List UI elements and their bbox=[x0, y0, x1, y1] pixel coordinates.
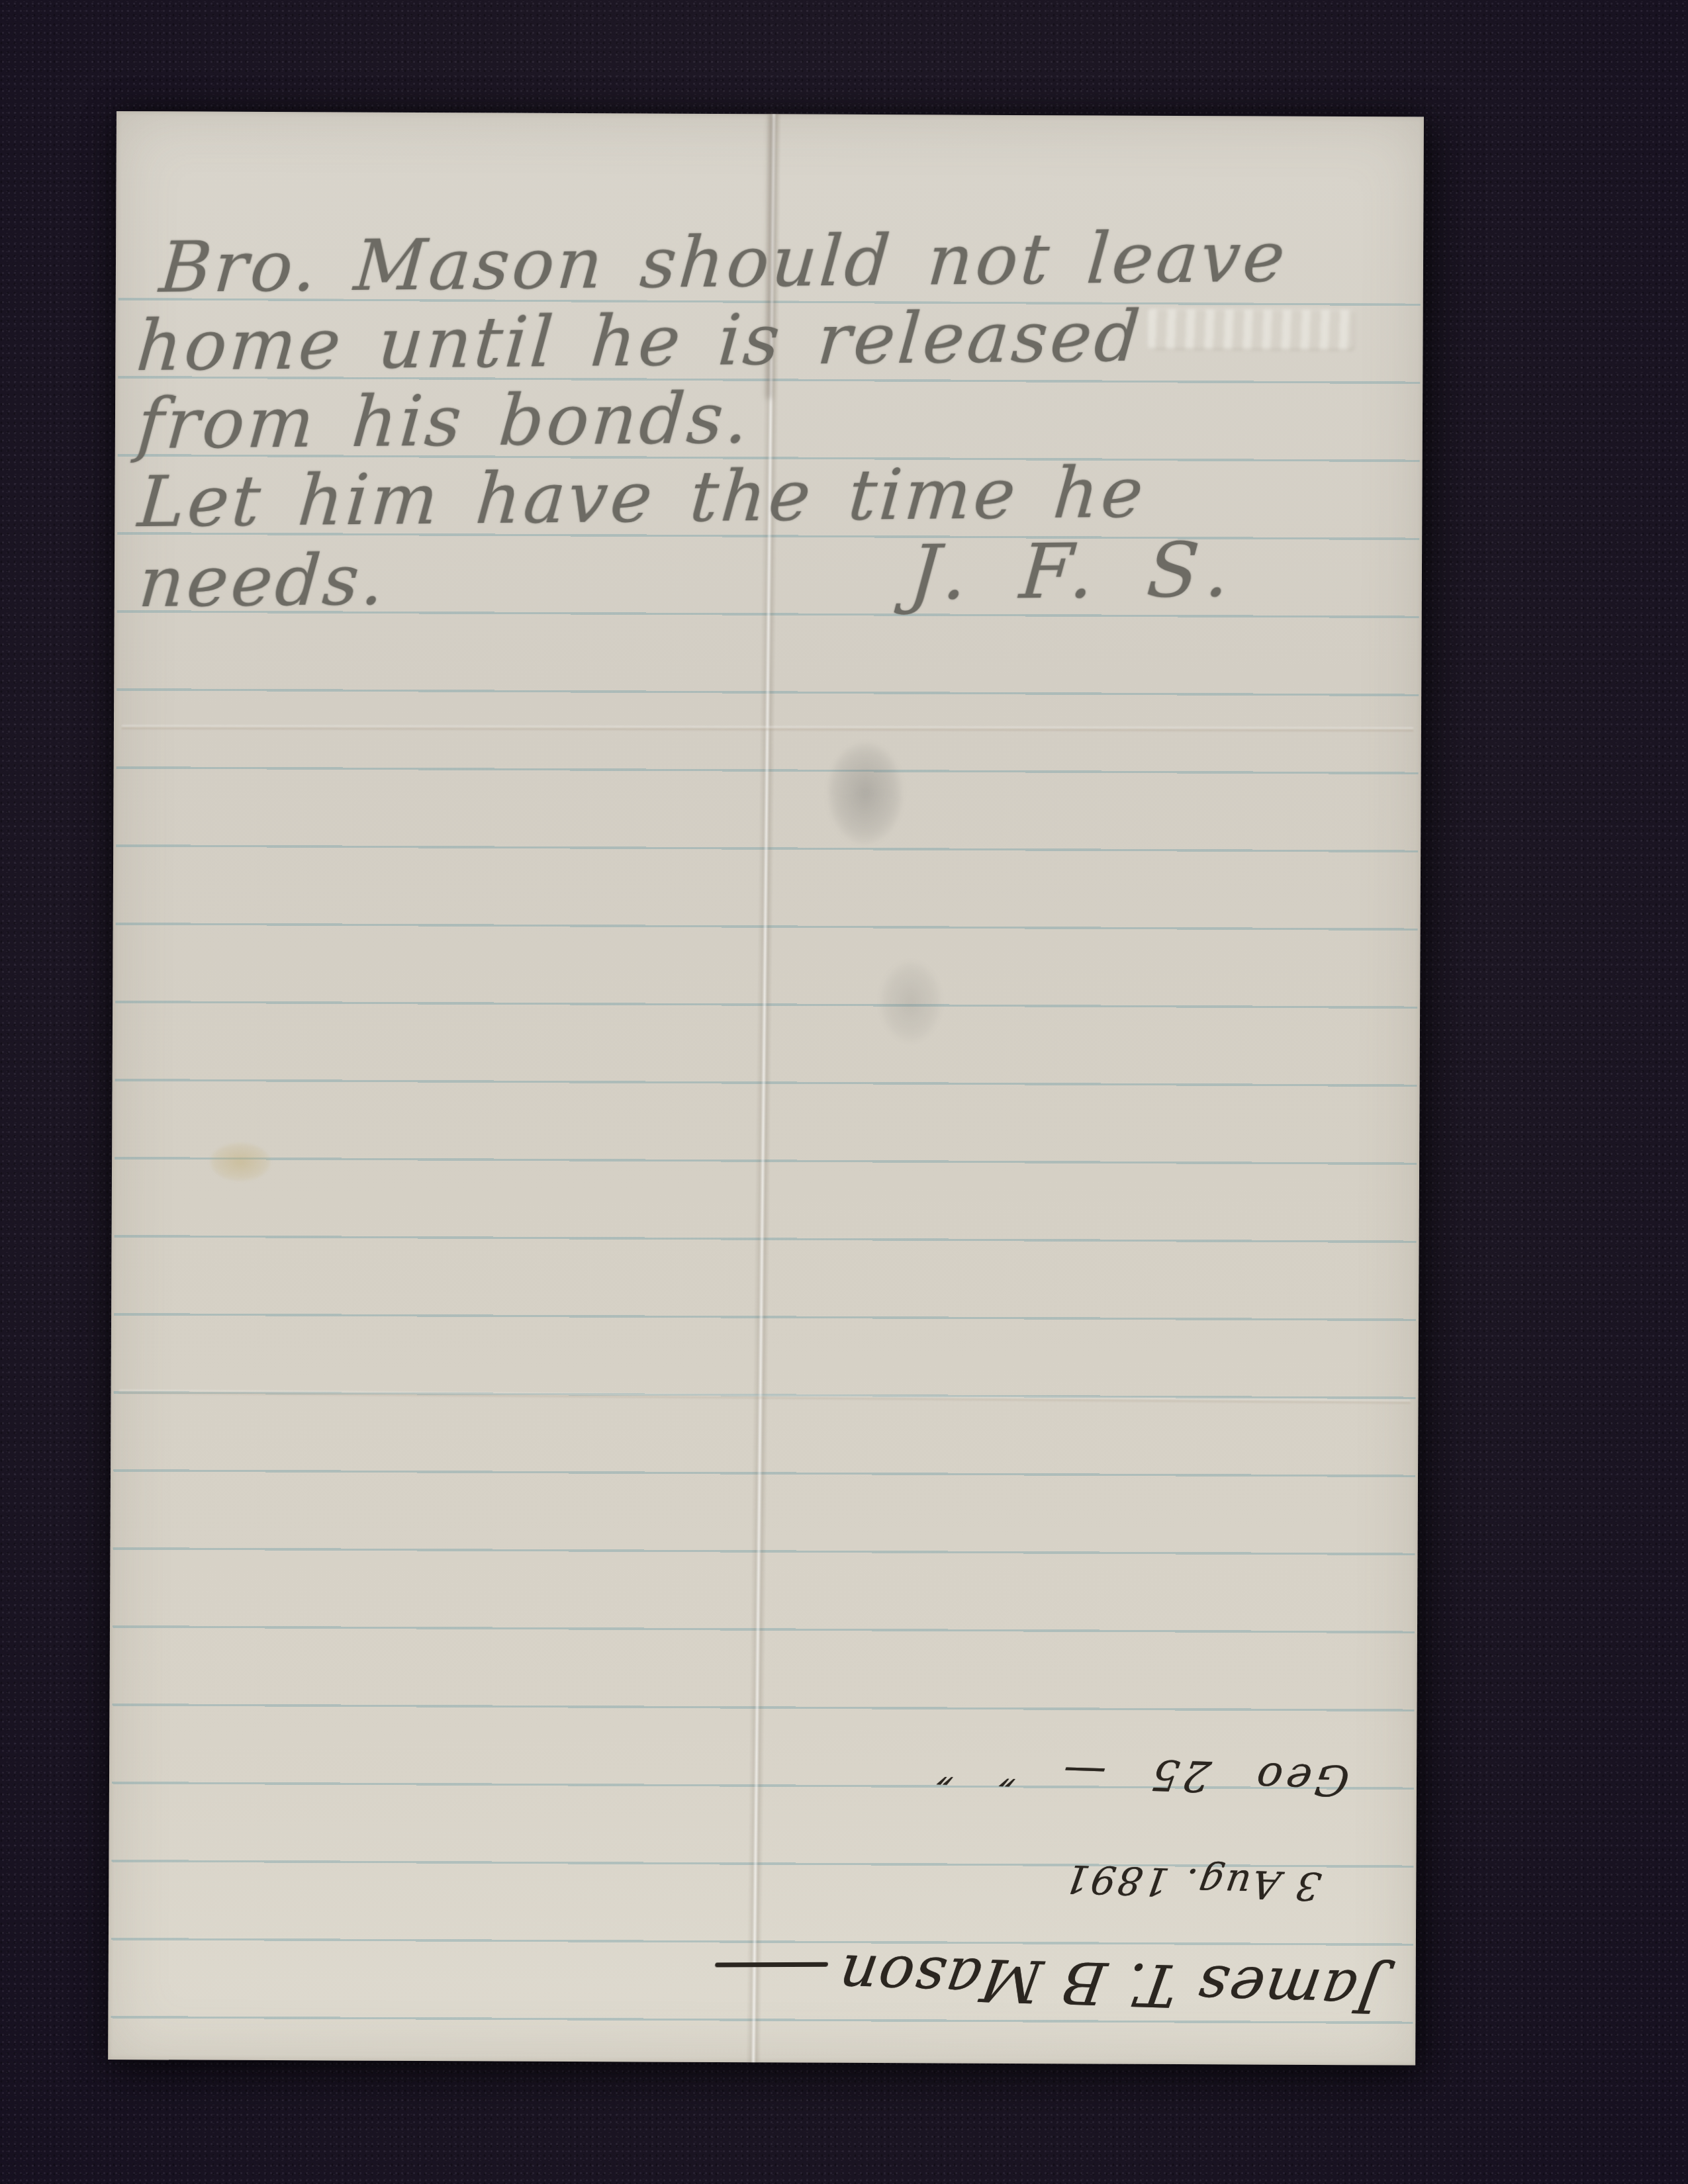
fingerprint-smudge bbox=[827, 742, 904, 845]
note-line: Bro. Mason should not leave bbox=[133, 217, 1420, 308]
signature-initials: J. F. S. bbox=[906, 525, 1243, 617]
scanned-letter-page: Bro. Mason should not leave home until h… bbox=[0, 0, 1688, 2184]
docket-name: James T. B Mason bbox=[821, 1913, 1390, 2054]
fingerprint-smudge bbox=[879, 960, 943, 1043]
note-line: from his bonds. bbox=[134, 373, 1421, 463]
note-line: home until he is released bbox=[134, 295, 1421, 385]
letter-paper: Bro. Mason should not leave home until h… bbox=[108, 111, 1424, 2066]
paper-stain bbox=[210, 1143, 271, 1181]
docket-date: 3 Aug. 1891 bbox=[827, 1831, 1327, 1927]
note-last-word: needs. bbox=[136, 539, 389, 623]
note-line: needs.J. F. S. bbox=[136, 529, 1423, 621]
docket-notation: Geo 25 — ″ ″ bbox=[827, 1698, 1359, 1846]
docket-block-rotated: James T. B Mason 3 Aug. 1891 Geo 25 — ″ … bbox=[829, 1694, 1389, 2054]
note-body: Bro. Mason should not leave home until h… bbox=[136, 217, 1421, 622]
